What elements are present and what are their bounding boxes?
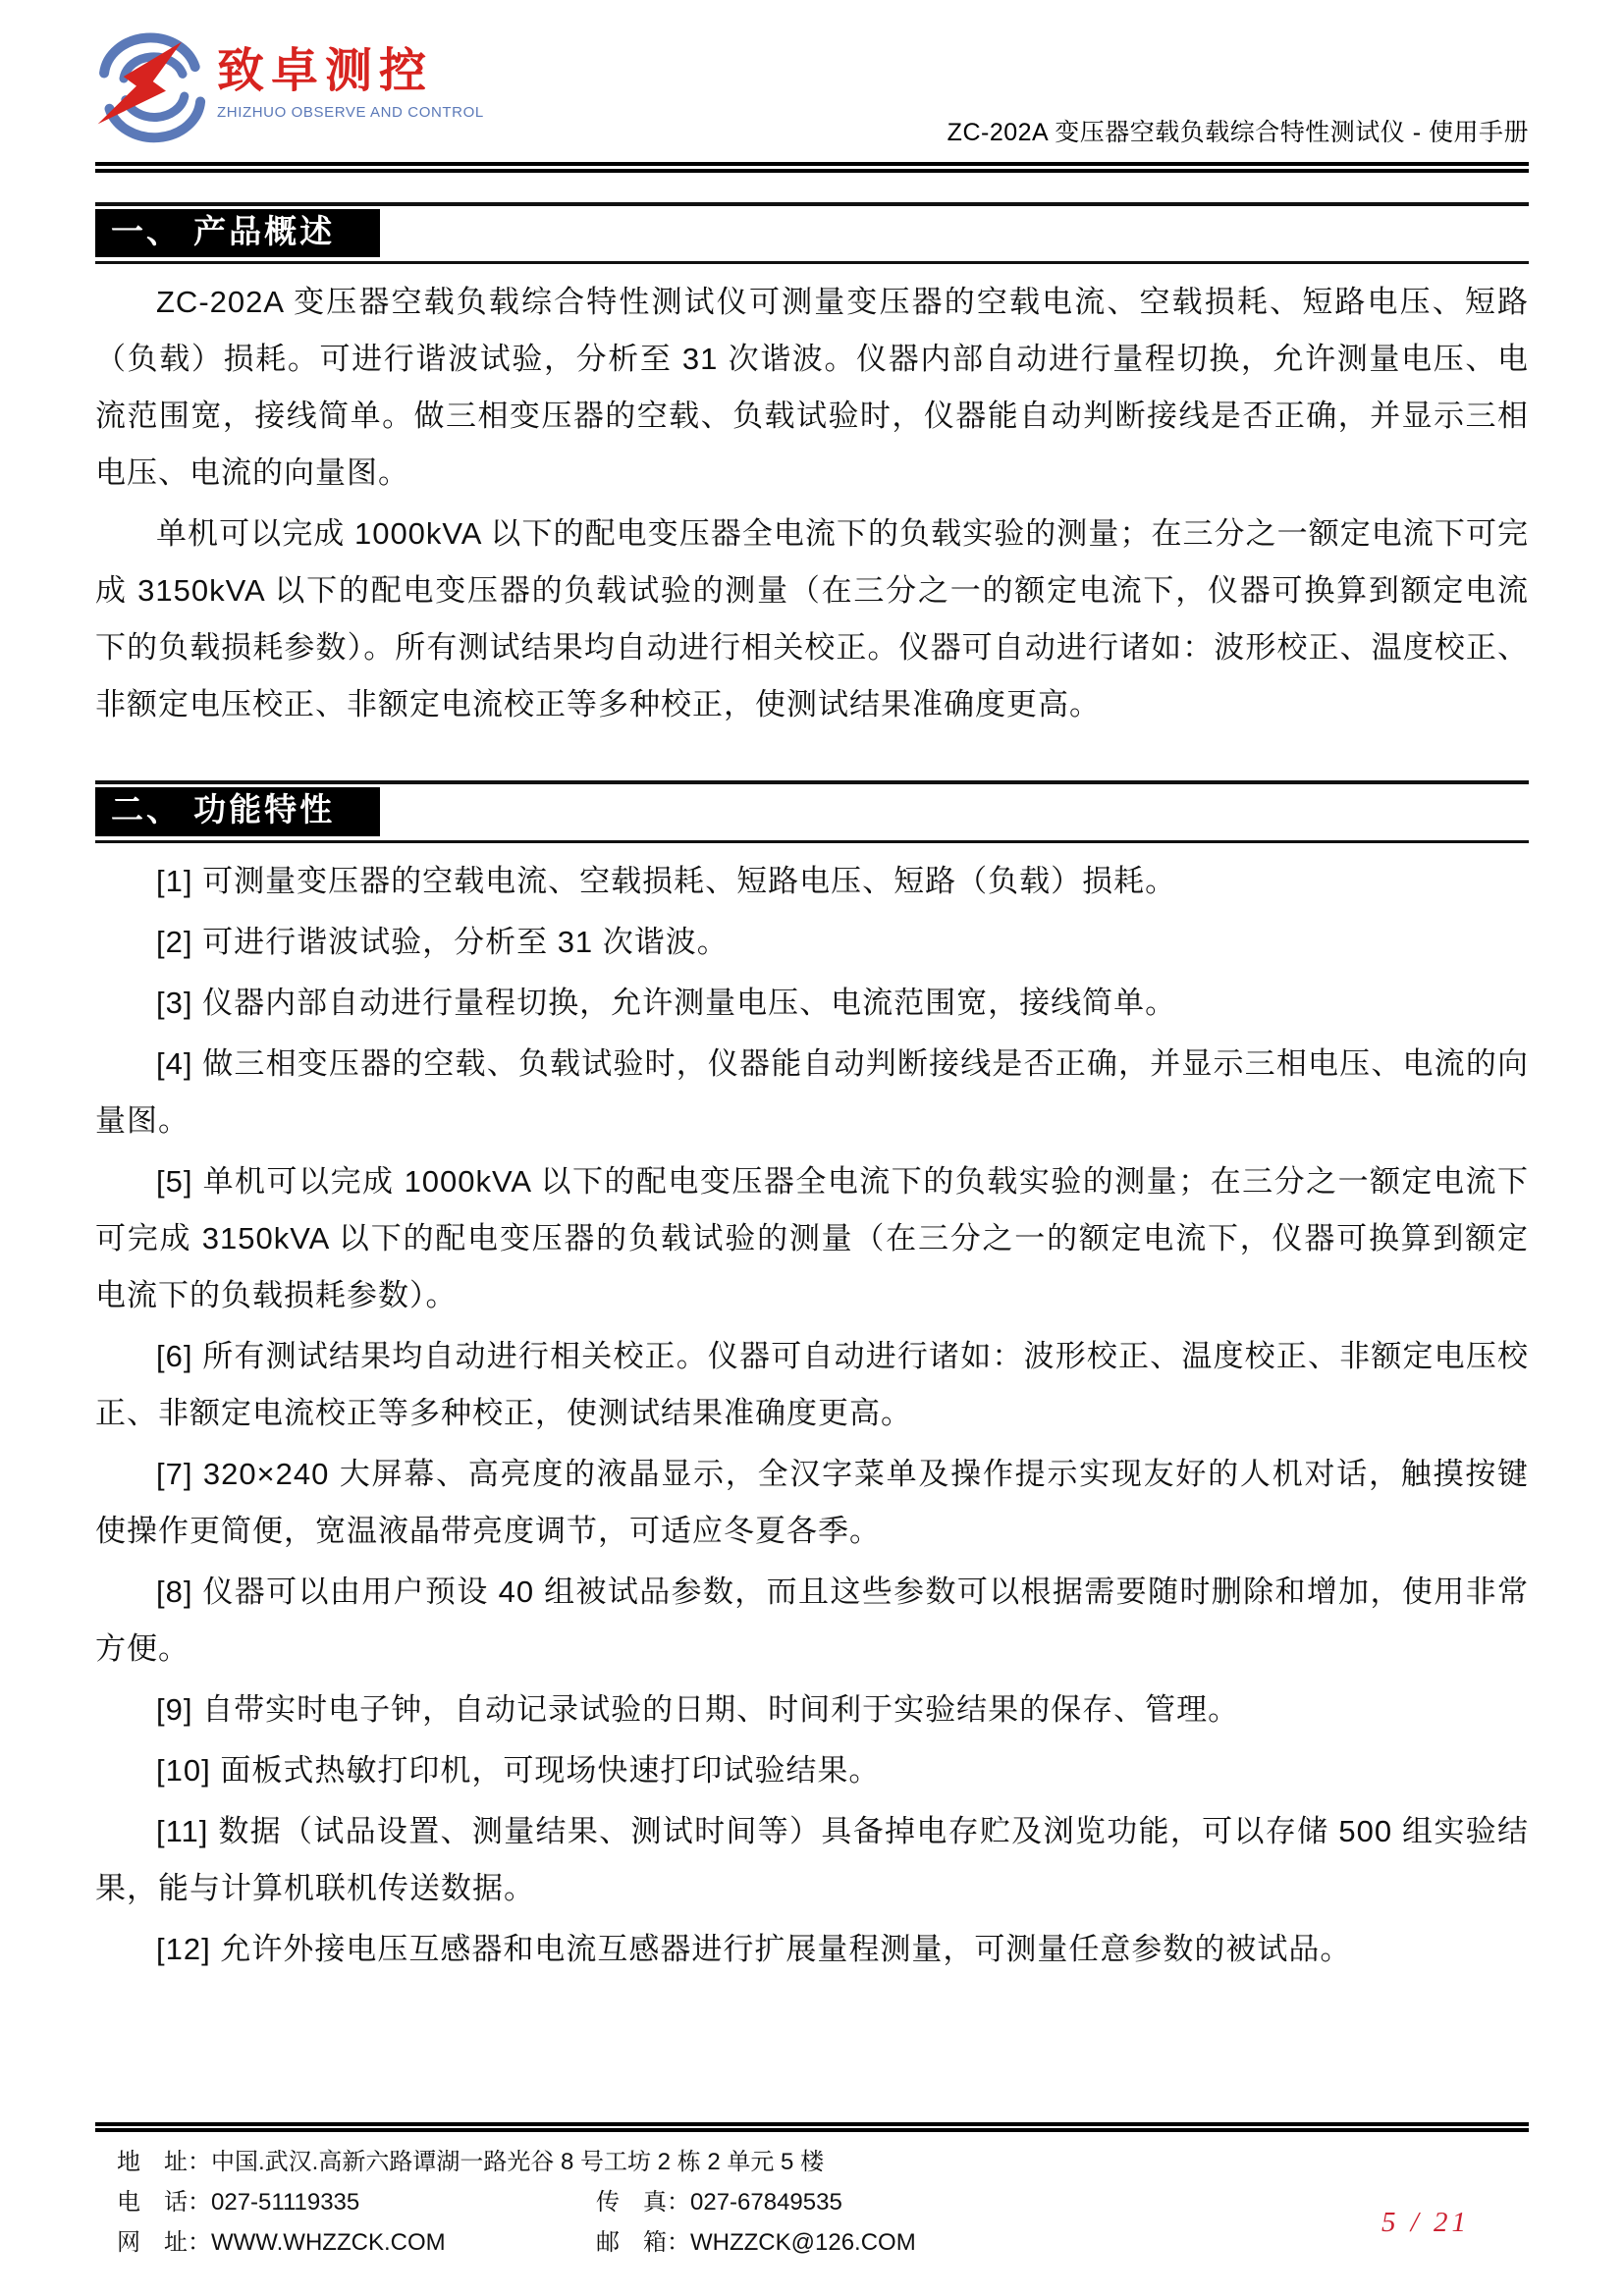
feature-item: [12] 允许外接电压互感器和电流互感器进行扩展量程测量，可测量任意参数的被试品… — [95, 1921, 1529, 1978]
phone-value: 027-51119335 — [211, 2182, 359, 2222]
website-cell: 网 址：WWW.WHZZCK.COM — [117, 2222, 596, 2263]
address-label: 地 址： — [117, 2142, 211, 2182]
feature-item: [11] 数据（试品设置、测量结果、测试时间等）具备掉电存贮及浏览功能，可以存储… — [95, 1803, 1529, 1917]
footer-divider — [95, 2122, 1529, 2132]
feature-item: [3] 仪器内部自动进行量程切换，允许测量电压、电流范围宽，接线简单。 — [95, 975, 1529, 1032]
fax-label: 传 真： — [596, 2182, 690, 2222]
footer-web-mail-row: 网 址：WWW.WHZZCK.COM 邮 箱：WHZZCK@126.COM — [95, 2222, 1529, 2263]
brand-tagline: ZHIZHUO OBSERVE AND CONTROL — [217, 104, 484, 121]
section-2-band: 二、 功能特性 — [95, 780, 1529, 842]
page-header: 致卓测控 ZHIZHUO OBSERVE AND CONTROL ZC-202A… — [95, 25, 1529, 162]
overview-paragraph: ZC-202A 变压器空载负载综合特性测试仪可测量变压器的空载电流、空载损耗、短… — [95, 274, 1529, 502]
feature-item: [6] 所有测试结果均自动进行相关校正。仪器可自动进行诸如：波形校正、温度校正、… — [95, 1328, 1529, 1442]
website-value: WWW.WHZZCK.COM — [211, 2222, 446, 2263]
page-footer: 地 址：中国.武汉.高新六路谭湖一路光谷 8 号工坊 2 栋 2 单元 5 楼 … — [95, 2112, 1529, 2263]
logo-text: 致卓测控 ZHIZHUO OBSERVE AND CONTROL — [217, 25, 484, 121]
phone-label: 电 话： — [117, 2182, 211, 2222]
feature-item: [10] 面板式热敏打印机，可现场快速打印试验结果。 — [95, 1742, 1529, 1799]
email-label: 邮 箱： — [596, 2222, 690, 2263]
feature-item: [1] 可测量变压器的空载电流、空载损耗、短路电压、短路（负载）损耗。 — [95, 853, 1529, 910]
email-value: WHZZCK@126.COM — [690, 2222, 916, 2263]
address-cell: 地 址：中国.武汉.高新六路谭湖一路光谷 8 号工坊 2 栋 2 单元 5 楼 — [117, 2142, 596, 2182]
document-body: 一、 产品概述 ZC-202A 变压器空载负载综合特性测试仪可测量变压器的空载电… — [95, 173, 1529, 2112]
brand-name: 致卓测控 — [217, 42, 484, 101]
section-1-heading: 一、 产品概述 — [95, 209, 380, 257]
overview-paragraph: 单机可以完成 1000kVA 以下的配电变压器全电流下的负载实验的测量；在三分之… — [95, 506, 1529, 733]
phone-cell: 电 话：027-51119335 — [117, 2182, 596, 2222]
footer-phone-fax-row: 电 话：027-51119335 传 真：027-67849535 — [95, 2182, 1529, 2222]
section-2-heading: 二、 功能特性 — [95, 787, 380, 835]
feature-item: [9] 自带实时电子钟，自动记录试验的日期、时间利于实验结果的保存、管理。 — [95, 1682, 1529, 1738]
feature-item: [5] 单机可以完成 1000kVA 以下的配电变压器全电流下的负载实验的测量；… — [95, 1153, 1529, 1324]
address-value: 中国.武汉.高新六路谭湖一路光谷 8 号工坊 2 栋 2 单元 5 楼 — [211, 2142, 824, 2182]
logo-bolt-arcs-icon — [95, 25, 211, 150]
document-title: ZC-202A 变压器空载负载综合特性测试仪 - 使用手册 — [947, 113, 1529, 150]
manual-page: 致卓测控 ZHIZHUO OBSERVE AND CONTROL ZC-202A… — [0, 0, 1624, 2296]
footer-address-row: 地 址：中国.武汉.高新六路谭湖一路光谷 8 号工坊 2 栋 2 单元 5 楼 — [95, 2142, 1529, 2182]
feature-item: [4] 做三相变压器的空载、负载试验时，仪器能自动判断接线是否正确，并显示三相电… — [95, 1036, 1529, 1149]
fax-value: 027-67849535 — [690, 2182, 842, 2222]
header-divider — [95, 162, 1529, 173]
page-number: 5 / 21 — [1381, 2207, 1470, 2239]
section-1-band: 一、 产品概述 — [95, 202, 1529, 264]
website-label: 网 址： — [117, 2222, 211, 2263]
company-logo: 致卓测控 ZHIZHUO OBSERVE AND CONTROL — [95, 25, 484, 150]
feature-item: [8] 仪器可以由用户预设 40 组被试品参数，而且这些参数可以根据需要随时删除… — [95, 1564, 1529, 1678]
feature-item: [2] 可进行谐波试验，分析至 31 次谐波。 — [95, 914, 1529, 971]
feature-item: [7] 320×240 大屏幕、高亮度的液晶显示，全汉字菜单及操作提示实现友好的… — [95, 1446, 1529, 1560]
